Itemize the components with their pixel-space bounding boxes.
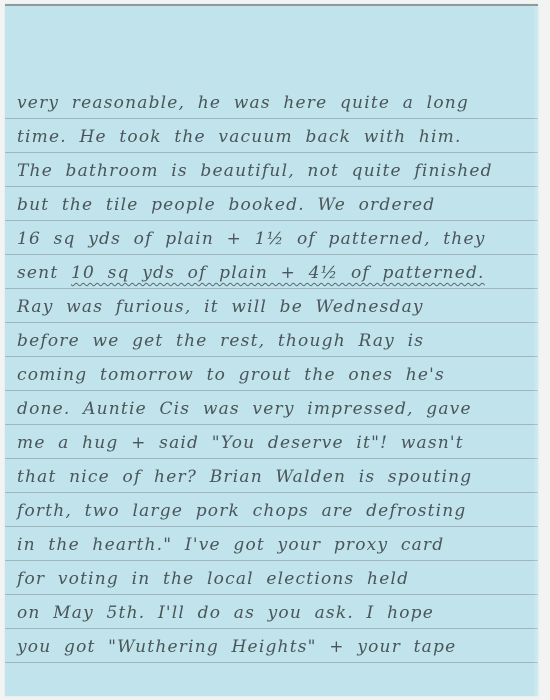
handwritten-line: in the hearth." I've got your proxy card (17, 530, 528, 560)
ruled-line (5, 526, 538, 527)
handwritten-line: coming tomorrow to grout the ones he's (17, 360, 528, 390)
handwritten-line: me a hug + said "You deserve it"! wasn't (17, 428, 528, 458)
handwritten-line: very reasonable, he was here quite a lon… (17, 88, 528, 118)
underlined-text: 10 sq yds of plain + 4½ of patterned. (71, 263, 485, 283)
ruled-line (5, 356, 538, 357)
handwritten-line: The bathroom is beautiful, not quite fin… (17, 156, 528, 186)
handwritten-line: that nice of her? Brian Walden is spouti… (17, 462, 528, 492)
handwritten-line: but the tile people booked. We ordered (17, 190, 528, 220)
letter-page: very reasonable, he was here quite a lon… (5, 4, 538, 696)
ruled-line (5, 152, 538, 153)
ruled-line (5, 220, 538, 221)
ruled-line (5, 594, 538, 595)
ruled-line (5, 458, 538, 459)
handwritten-line: 16 sq yds of plain + 1½ of patterned, th… (17, 224, 528, 254)
ruled-line (5, 322, 538, 323)
handwritten-line: forth, two large pork chops are defrosti… (17, 496, 528, 526)
handwritten-text: sent (17, 263, 71, 283)
handwritten-line: Ray was furious, it will be Wednesday (17, 292, 528, 322)
ruled-line (5, 390, 538, 391)
handwritten-line: sent 10 sq yds of plain + 4½ of patterne… (17, 258, 528, 288)
ruled-line (5, 186, 538, 187)
handwritten-line: done. Auntie Cis was very impressed, gav… (17, 394, 528, 424)
handwritten-line: on May 5th. I'll do as you ask. I hope (17, 598, 528, 628)
ruled-line (5, 492, 538, 493)
handwritten-line: time. He took the vacuum back with him. (17, 122, 528, 152)
ruled-line (5, 424, 538, 425)
ruled-line (5, 662, 538, 663)
handwritten-line: you got "Wuthering Heights" + your tape (17, 632, 528, 662)
ruled-line (5, 254, 538, 255)
handwritten-line: for voting in the local elections held (17, 564, 528, 594)
ruled-line (5, 560, 538, 561)
handwritten-line: before we get the rest, though Ray is (17, 326, 528, 356)
ruled-line (5, 628, 538, 629)
ruled-line (5, 118, 538, 119)
ruled-line (5, 288, 538, 289)
